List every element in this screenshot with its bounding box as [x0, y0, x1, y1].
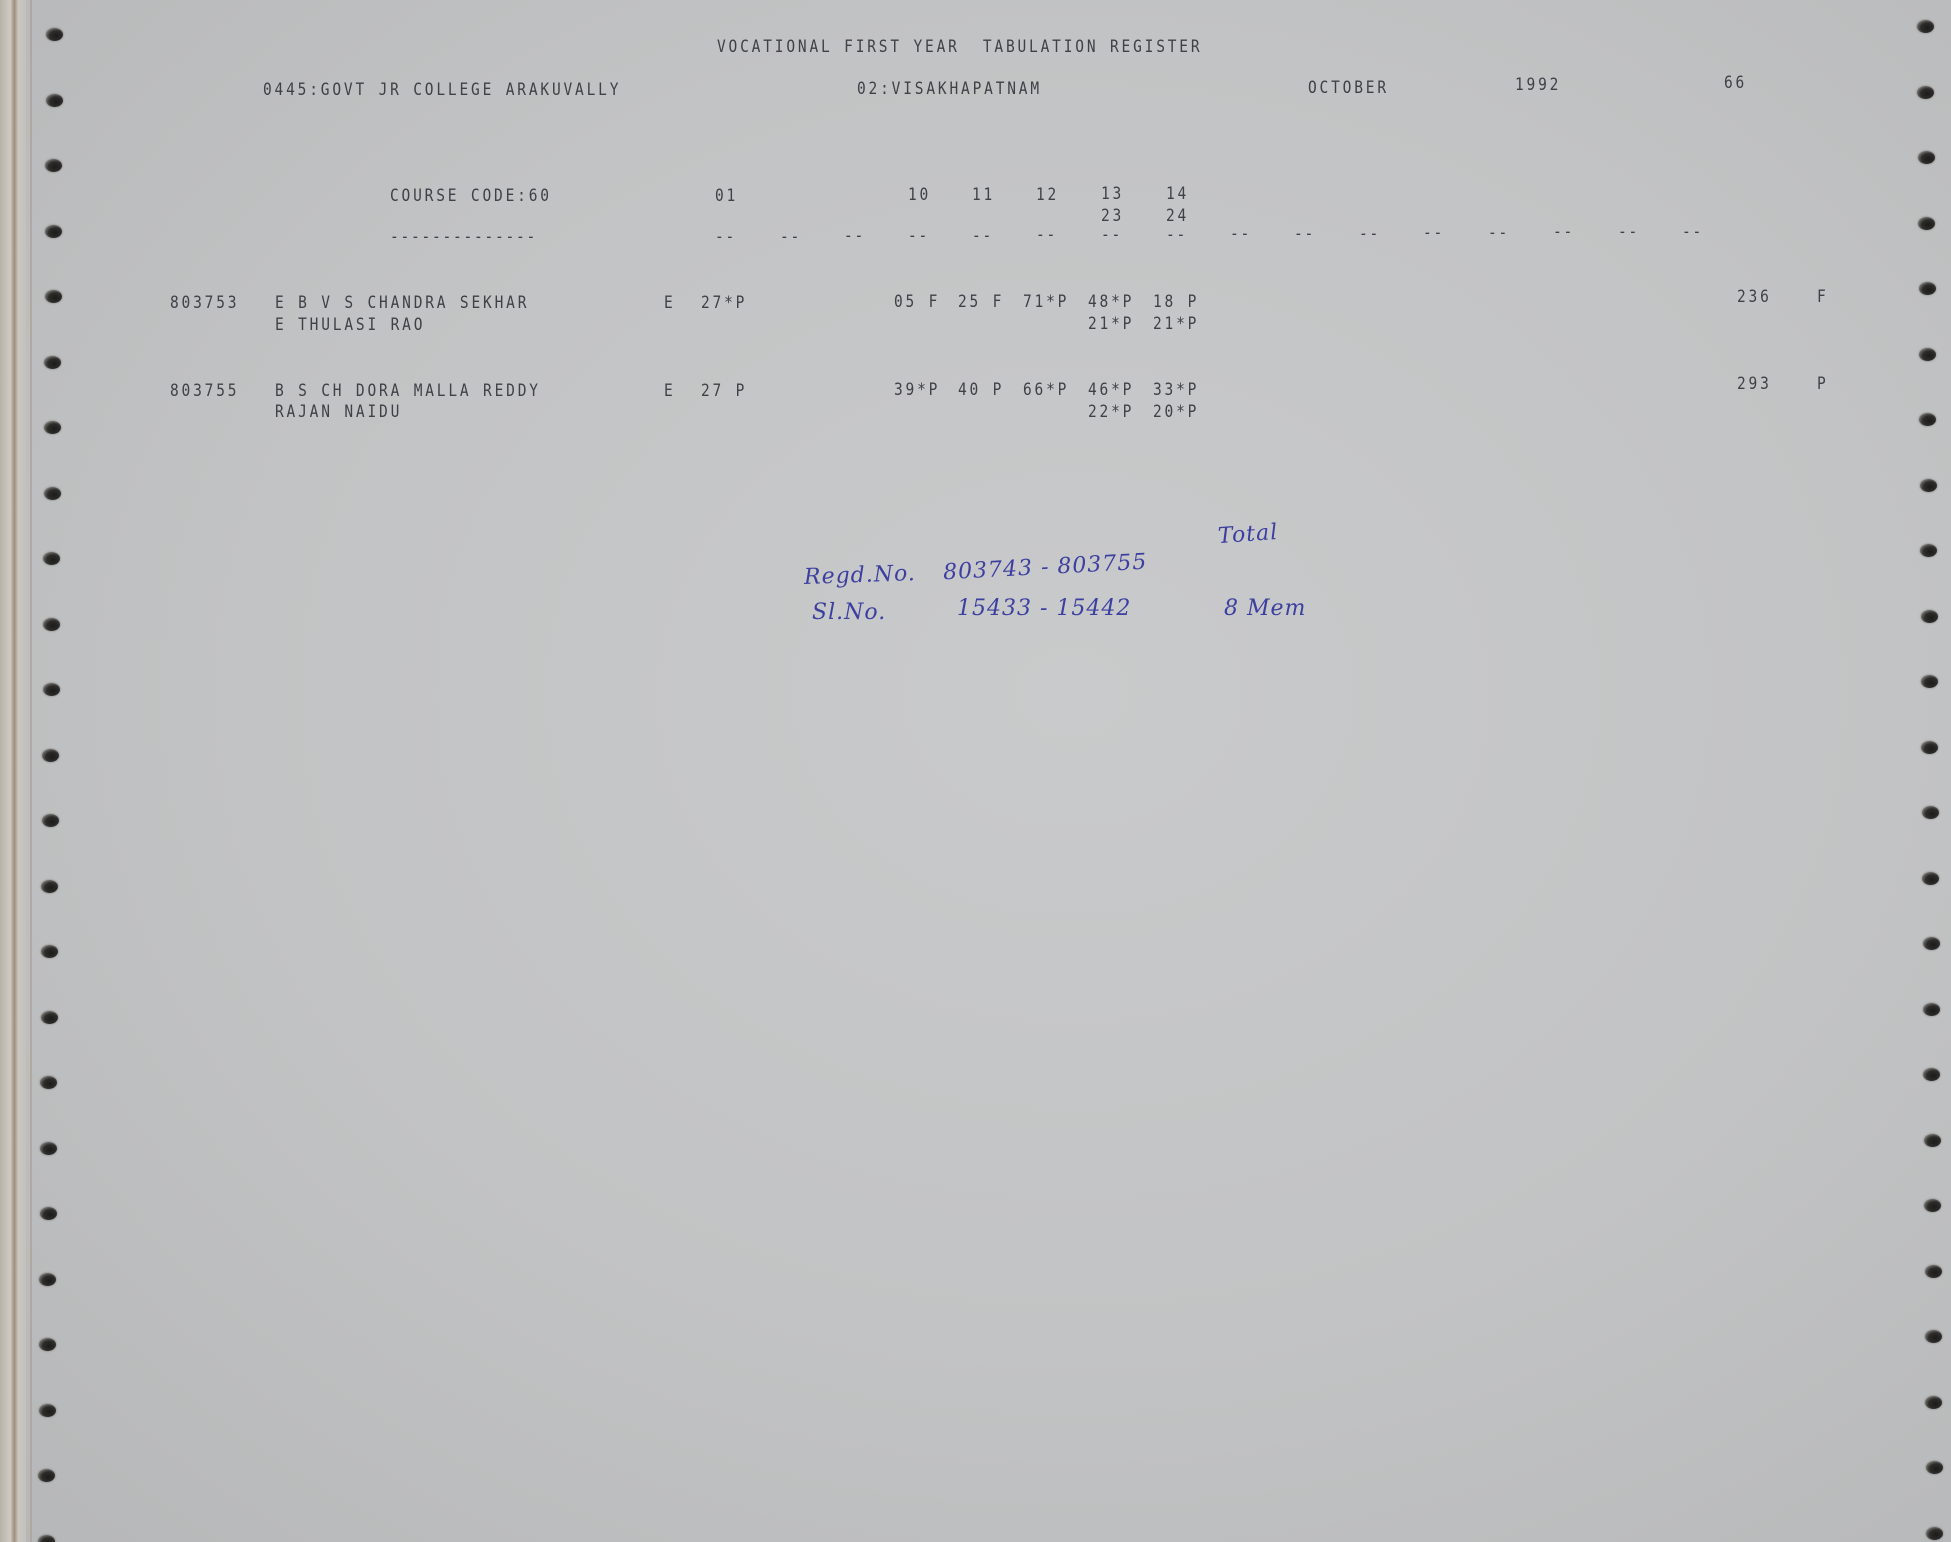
father-name: RAJAN NAIDU: [275, 403, 402, 421]
sprocket-hole: [42, 749, 59, 762]
sprocket-hole: [1923, 937, 1940, 950]
sprocket-hole: [1917, 86, 1934, 99]
sprocket-hole: [1921, 675, 1938, 688]
sprocket-hole: [43, 552, 60, 565]
page-edge: [0, 0, 26, 1542]
column-separator: --: [1036, 226, 1057, 244]
sprocket-hole: [1926, 1461, 1943, 1474]
column-separator: --: [908, 227, 929, 245]
subject-code-11: 11: [972, 186, 995, 204]
marks-10: 05 F: [894, 293, 940, 311]
sprocket-hole: [45, 159, 62, 172]
subject-code-13: 13: [1101, 185, 1124, 203]
sprocket-hole: [40, 1076, 57, 1089]
marks-12: 66*P: [1023, 381, 1069, 399]
sprocket-hole: [45, 290, 62, 303]
sprocket-hole: [41, 880, 58, 893]
column-separator: --: [1682, 223, 1703, 241]
sprocket-hole: [1925, 1330, 1942, 1343]
total-marks: 236: [1737, 288, 1772, 306]
sprocket-hole: [1923, 1068, 1940, 1081]
handwritten-sl-label: Sl.No.: [812, 600, 886, 625]
subject-code-01: 01: [715, 187, 738, 205]
marks-01: 27*P: [701, 294, 747, 312]
handwritten-sl-range: 15433 - 15442: [957, 596, 1131, 621]
district-name: 02:VISAKHAPATNAM: [857, 80, 1042, 98]
father-name: E THULASI RAO: [275, 316, 425, 334]
column-separator: --: [1166, 226, 1187, 244]
subject-code-10: 10: [908, 186, 931, 204]
page-number: 66: [1724, 74, 1747, 92]
sprocket-hole: [1919, 413, 1936, 426]
column-separator: --: [1488, 224, 1509, 242]
marks-14: 33*P: [1153, 381, 1199, 399]
result: F: [1817, 288, 1829, 306]
course-code: COURSE CODE:60: [390, 187, 552, 205]
sprocket-hole: [45, 225, 62, 238]
total-marks: 293: [1737, 375, 1772, 393]
handwritten-count: 8 Mem: [1224, 596, 1306, 621]
course-code-underline: --------------: [390, 228, 537, 246]
sprocket-hole: [1922, 806, 1939, 819]
sprocket-hole: [46, 28, 63, 41]
tabulation-register-page: VOCATIONAL FIRST YEAR TABULATION REGISTE…: [0, 0, 1951, 1542]
handwritten-reg-label: Regd.No.: [804, 561, 917, 590]
sprocket-hole: [43, 618, 60, 631]
subject-code-24: 24: [1166, 207, 1189, 225]
medium: E: [664, 294, 676, 312]
marks-23: 22*P: [1088, 403, 1134, 421]
subject-code-14: 14: [1166, 185, 1189, 203]
sprocket-hole: [1919, 282, 1936, 295]
sprocket-hole: [44, 356, 61, 369]
sprocket-hole: [38, 1535, 55, 1542]
column-separator: --: [1618, 223, 1639, 241]
sprocket-hole: [1926, 1527, 1943, 1540]
sprocket-hole: [1918, 217, 1935, 230]
marks-12: 71*P: [1023, 293, 1069, 311]
sprocket-hole: [1923, 1003, 1940, 1016]
reg-number: 803753: [170, 294, 239, 312]
sprocket-hole: [1922, 872, 1939, 885]
sprocket-hole: [46, 94, 63, 107]
sprocket-hole: [41, 1011, 58, 1024]
column-separator: --: [1101, 226, 1122, 244]
reg-number: 803755: [170, 382, 239, 400]
sprocket-hole: [44, 487, 61, 500]
handwritten-total-label: Total: [1217, 520, 1279, 549]
column-separator: --: [1294, 225, 1315, 243]
sprocket-hole: [1924, 1134, 1941, 1147]
column-separator: --: [844, 227, 865, 245]
sprocket-hole: [42, 814, 59, 827]
marks-24: 20*P: [1153, 403, 1199, 421]
candidate-name: E B V S CHANDRA SEKHAR: [275, 294, 529, 312]
exam-month: OCTOBER: [1308, 79, 1389, 97]
marks-14: 18 P: [1153, 293, 1199, 311]
sprocket-hole: [39, 1273, 56, 1286]
sprocket-hole: [41, 945, 58, 958]
column-separator: --: [715, 228, 736, 246]
sprocket-hole: [1921, 741, 1938, 754]
candidate-name: B S CH DORA MALLA REDDY: [275, 382, 541, 400]
column-separator: --: [780, 228, 801, 246]
column-separator: --: [1230, 225, 1251, 243]
subject-code-12: 12: [1036, 186, 1059, 204]
marks-11: 25 F: [958, 293, 1004, 311]
column-separator: --: [972, 227, 993, 245]
result: P: [1817, 375, 1829, 393]
sprocket-hole: [1924, 1199, 1941, 1212]
column-separator: --: [1359, 225, 1380, 243]
page-edge-line: [30, 0, 32, 1542]
marks-13: 48*P: [1088, 293, 1134, 311]
marks-24: 21*P: [1153, 315, 1199, 333]
marks-01: 27 P: [701, 382, 747, 400]
sprocket-hole: [39, 1404, 56, 1417]
medium: E: [664, 382, 676, 400]
sprocket-hole: [43, 683, 60, 696]
college-name: 0445:GOVT JR COLLEGE ARAKUVALLY: [263, 81, 621, 99]
column-separator: --: [1553, 223, 1574, 241]
sprocket-hole: [1925, 1265, 1942, 1278]
sprocket-hole: [1925, 1396, 1942, 1409]
subject-code-23: 23: [1101, 207, 1124, 225]
exam-year: 1992: [1515, 76, 1561, 94]
sprocket-hole: [1919, 348, 1936, 361]
sprocket-hole: [38, 1469, 55, 1482]
marks-23: 21*P: [1088, 315, 1134, 333]
sprocket-hole: [44, 421, 61, 434]
handwritten-reg-range: 803743 - 803755: [942, 550, 1147, 586]
sprocket-hole: [1920, 544, 1937, 557]
column-separator: --: [1423, 224, 1444, 242]
marks-10: 39*P: [894, 381, 940, 399]
sprocket-hole: [1918, 151, 1935, 164]
sprocket-hole: [1921, 610, 1938, 623]
sprocket-hole: [1920, 479, 1937, 492]
sprocket-hole: [40, 1142, 57, 1155]
sprocket-hole: [39, 1338, 56, 1351]
sprocket-hole: [1917, 20, 1934, 33]
sprocket-hole: [40, 1207, 57, 1220]
marks-13: 46*P: [1088, 381, 1134, 399]
marks-11: 40 P: [958, 381, 1004, 399]
document-title: VOCATIONAL FIRST YEAR TABULATION REGISTE…: [717, 38, 1202, 56]
